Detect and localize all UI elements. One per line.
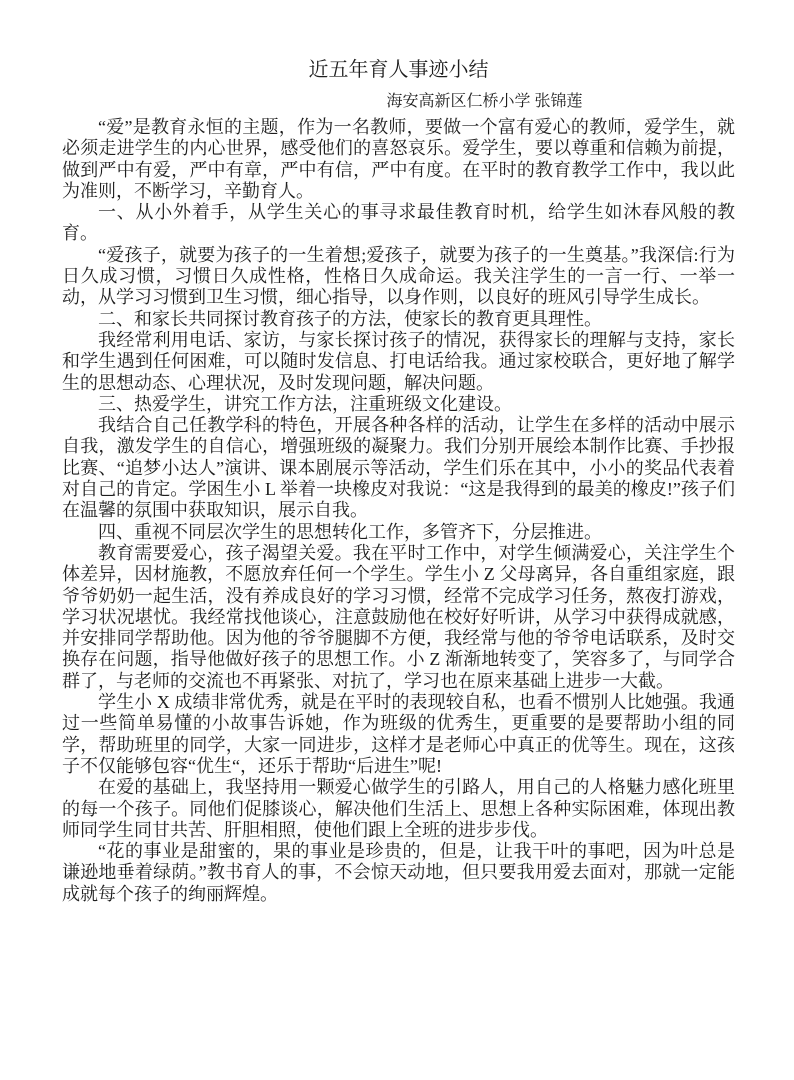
document-byline: 海安高新区仁桥小学 张锦莲 (62, 91, 735, 112)
paragraph: “爱”是教育永恒的主题，作为一名教师，要做一个富有爱心的教师，爱学生，就必须走进… (62, 117, 735, 202)
document-page: 近五年育人事迹小结 海安高新区仁桥小学 张锦莲 “爱”是教育永恒的主题，作为一名… (0, 0, 794, 1080)
paragraph: 我经常利用电话、家访，与家长探讨孩子的情况，获得家长的理解与支持，家长和学生遇到… (62, 330, 735, 394)
paragraph: 四、重视不同层次学生的思想转化工作，多管齐下，分层推进。 (62, 522, 735, 543)
document-body: “爱”是教育永恒的主题，作为一名教师，要做一个富有爱心的教师，爱学生，就必须走进… (62, 117, 735, 905)
paragraph: 学生小 X 成绩非常优秀，就是在平时的表现较自私，也看不惯别人比她强。我通过一些… (62, 692, 735, 777)
paragraph: “爱孩子，就要为孩子的一生着想;爱孩子，就要为孩子的一生奠基。”我深信:行为日久… (62, 245, 735, 309)
paragraph: 一、从小外着手，从学生关心的事寻求最佳教育时机，给学生如沐春风般的教育。 (62, 202, 735, 245)
paragraph: 教育需要爱心，孩子渴望关爱。我在平时工作中，对学生倾满爱心，关注学生个体差异，因… (62, 543, 735, 692)
paragraph: 三、热爱学生，讲究工作方法，注重班级文化建设。 (62, 394, 735, 415)
paragraph: 二、和家长共同探讨教育孩子的方法，使家长的教育更具理性。 (62, 309, 735, 330)
paragraph: 我结合自己任教学科的特色，开展各种各样的活动，让学生在多样的活动中展示自我，激发… (62, 415, 735, 521)
document-title: 近五年育人事迹小结 (62, 57, 735, 83)
paragraph: “花的事业是甜蜜的，果的事业是珍贵的，但是，让我干叶的事吧，因为叶总是谦逊地垂着… (62, 841, 735, 905)
paragraph: 在爱的基础上，我坚持用一颗爱心做学生的引路人，用自己的人格魅力感化班里的每一个孩… (62, 777, 735, 841)
